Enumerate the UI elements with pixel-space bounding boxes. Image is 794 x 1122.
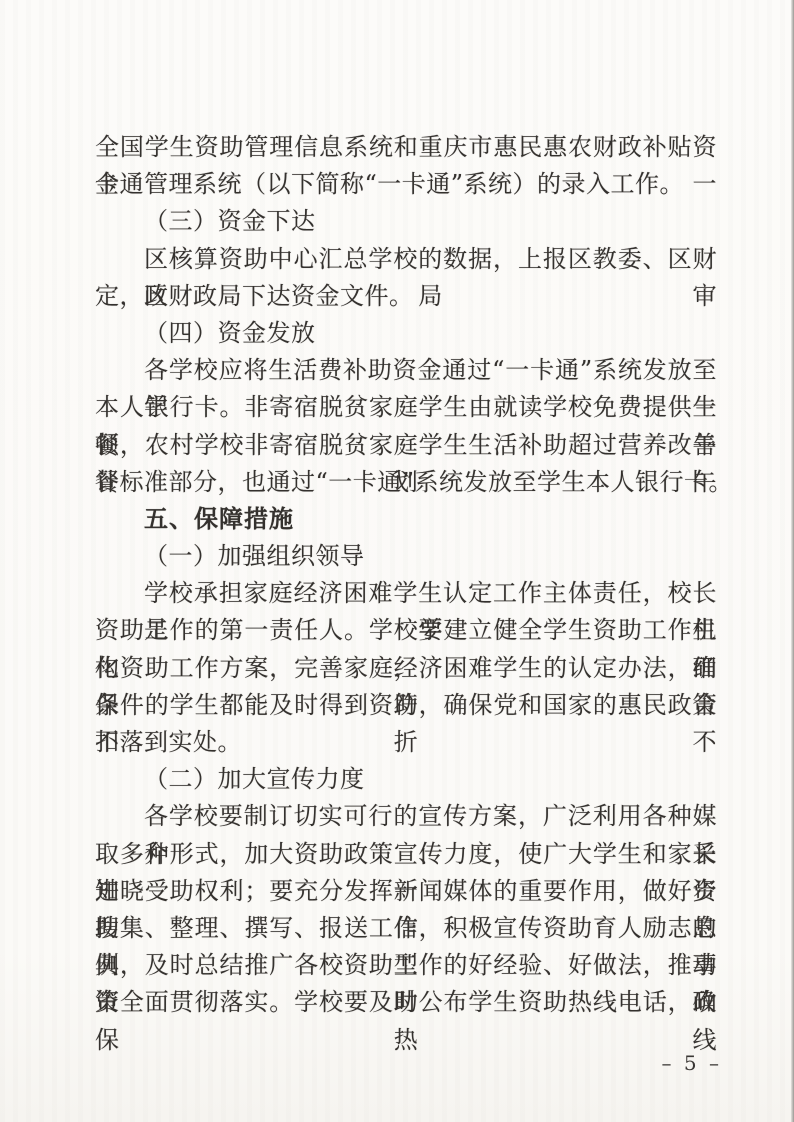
- document-line: 策全面贯彻落实。学校要及时公布学生资助热线电话，确保热线: [95, 984, 717, 1021]
- document-line: 全国学生资助管理信息系统和重庆市惠民惠农财政补贴资金一: [95, 129, 717, 166]
- document-line: 搜集、整理、撰写、报送工作，积极宣传资助育人励志的典型事: [95, 910, 717, 947]
- subsection-heading: （三）资金下达: [95, 203, 717, 240]
- document-line: 资助工作的第一责任人。学校要建立健全学生资助工作机构，细: [95, 612, 717, 649]
- document-line: 餐标准部分，也通过“一卡通”系统发放至学生本人银行卡。: [95, 464, 717, 501]
- document-line: 卡通管理系统（以下简称“一卡通”系统）的录入工作。: [95, 166, 717, 203]
- section-heading: 五、保障措施: [95, 501, 717, 538]
- document-line: 各学校应将生活费补助资金通过“一卡通”系统发放至学生: [95, 352, 717, 389]
- document-body: 全国学生资助管理信息系统和重庆市惠民惠农财政补贴资金一 卡通管理系统（以下简称“…: [95, 129, 717, 1022]
- subsection-heading: （四）资金发放: [95, 315, 717, 352]
- document-line: 各学校要制订切实可行的宣传方案，广泛利用各种媒介、采: [95, 798, 717, 835]
- document-page: 全国学生资助管理信息系统和重庆市惠民惠农财政补贴资金一 卡通管理系统（以下简称“…: [0, 0, 794, 1122]
- document-line: 知晓受助权利；要充分发挥新闻媒体的重要作用，做好资助信息: [95, 873, 717, 910]
- subsection-heading: （二）加大宣传力度: [95, 761, 717, 798]
- document-line: 餐，农村学校非寄宿脱贫家庭学生生活补助超过营养改善计划午: [95, 427, 717, 464]
- page-number: – 5 –: [662, 1051, 722, 1075]
- document-line: 学校承担家庭经济困难学生认定工作主体责任，校长是学生: [95, 575, 717, 612]
- document-line: 例，及时总结推广各校资助工作的好经验、好做法，推动资助政: [95, 947, 717, 984]
- document-line: 区核算资助中心汇总学校的数据，上报区教委、区财政局审: [95, 241, 717, 278]
- document-line: 化资助工作方案，完善家庭经济困难学生的认定办法，确保符合: [95, 650, 717, 687]
- document-line: 条件的学生都能及时得到资助，确保党和国家的惠民政策不折不: [95, 687, 717, 724]
- document-line: 本人银行卡。非寄宿脱贫家庭学生由就读学校免费提供一顿午: [95, 389, 717, 426]
- document-line: 取多种形式，加大资助政策宣传力度，使广大学生和家长进一步: [95, 836, 717, 873]
- subsection-heading: （一）加强组织领导: [95, 538, 717, 575]
